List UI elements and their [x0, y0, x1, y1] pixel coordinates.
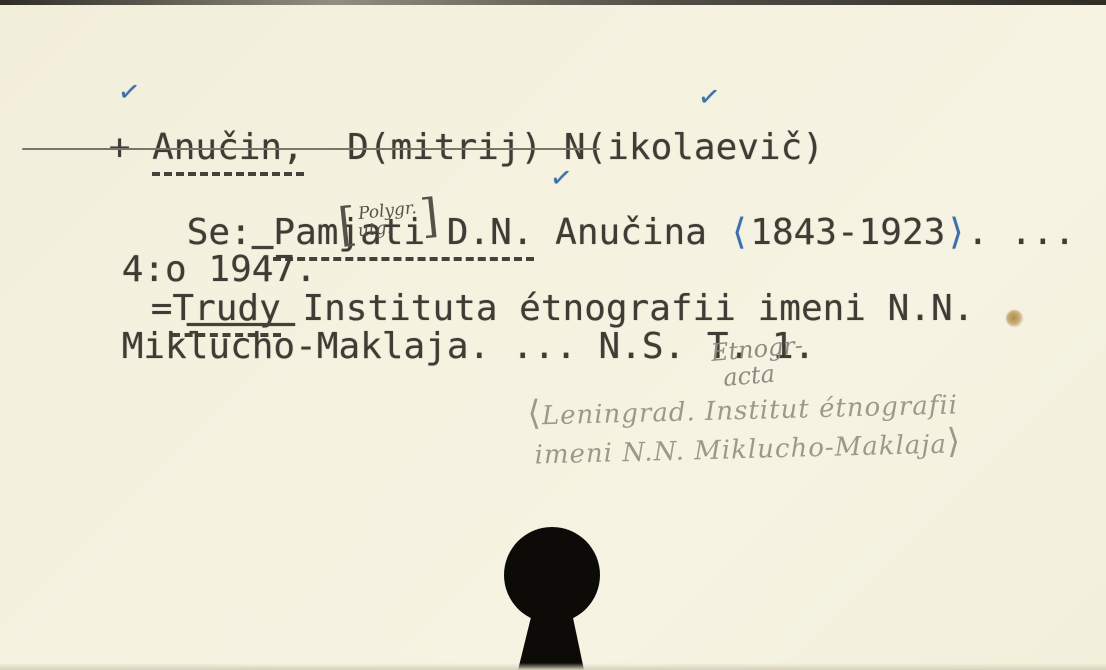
catalog-card: + Anučin, D(mitrij) N(ikolaevič) ✓ ✓ Se:… — [0, 0, 1106, 670]
reference-years: 1843-1923 — [750, 212, 945, 253]
series2-overlined: lucho — [187, 326, 295, 367]
leningrad-note: ⟨Leningrad. Institut étnografii imeni N.… — [527, 384, 962, 473]
heading-surname: Anučin, — [152, 127, 304, 176]
leningrad-line2: imeni N.N. Miklucho-Maklaja — [534, 430, 947, 471]
polygr-annotation: [ Polygr. utg. ] — [336, 192, 441, 248]
scan-edge-bottom — [0, 663, 1106, 670]
close-angle-bracket: ⟩ — [945, 212, 967, 253]
close-angle-bracket: ⟩ — [946, 421, 961, 461]
polygr-line2: utg. — [357, 217, 419, 240]
reference-mid: Anučina — [534, 212, 729, 253]
reference-end: . ... — [967, 212, 1075, 253]
series2-pre: Mik — [122, 326, 187, 367]
open-angle-bracket: ⟨ — [527, 393, 542, 433]
heading-underline — [22, 148, 600, 150]
punch-hole-icon — [490, 527, 616, 670]
polygr-text: Polygr. utg. — [354, 200, 422, 241]
stain-mark — [1006, 310, 1023, 327]
series-line-2: Miklucho-Maklaja. ... N.S. T. 1. — [35, 287, 815, 407]
open-angle-bracket: ⟨ — [729, 212, 751, 253]
scan-edge-top — [0, 0, 1106, 5]
etnogr-note: Etnogr- acta — [710, 332, 806, 392]
